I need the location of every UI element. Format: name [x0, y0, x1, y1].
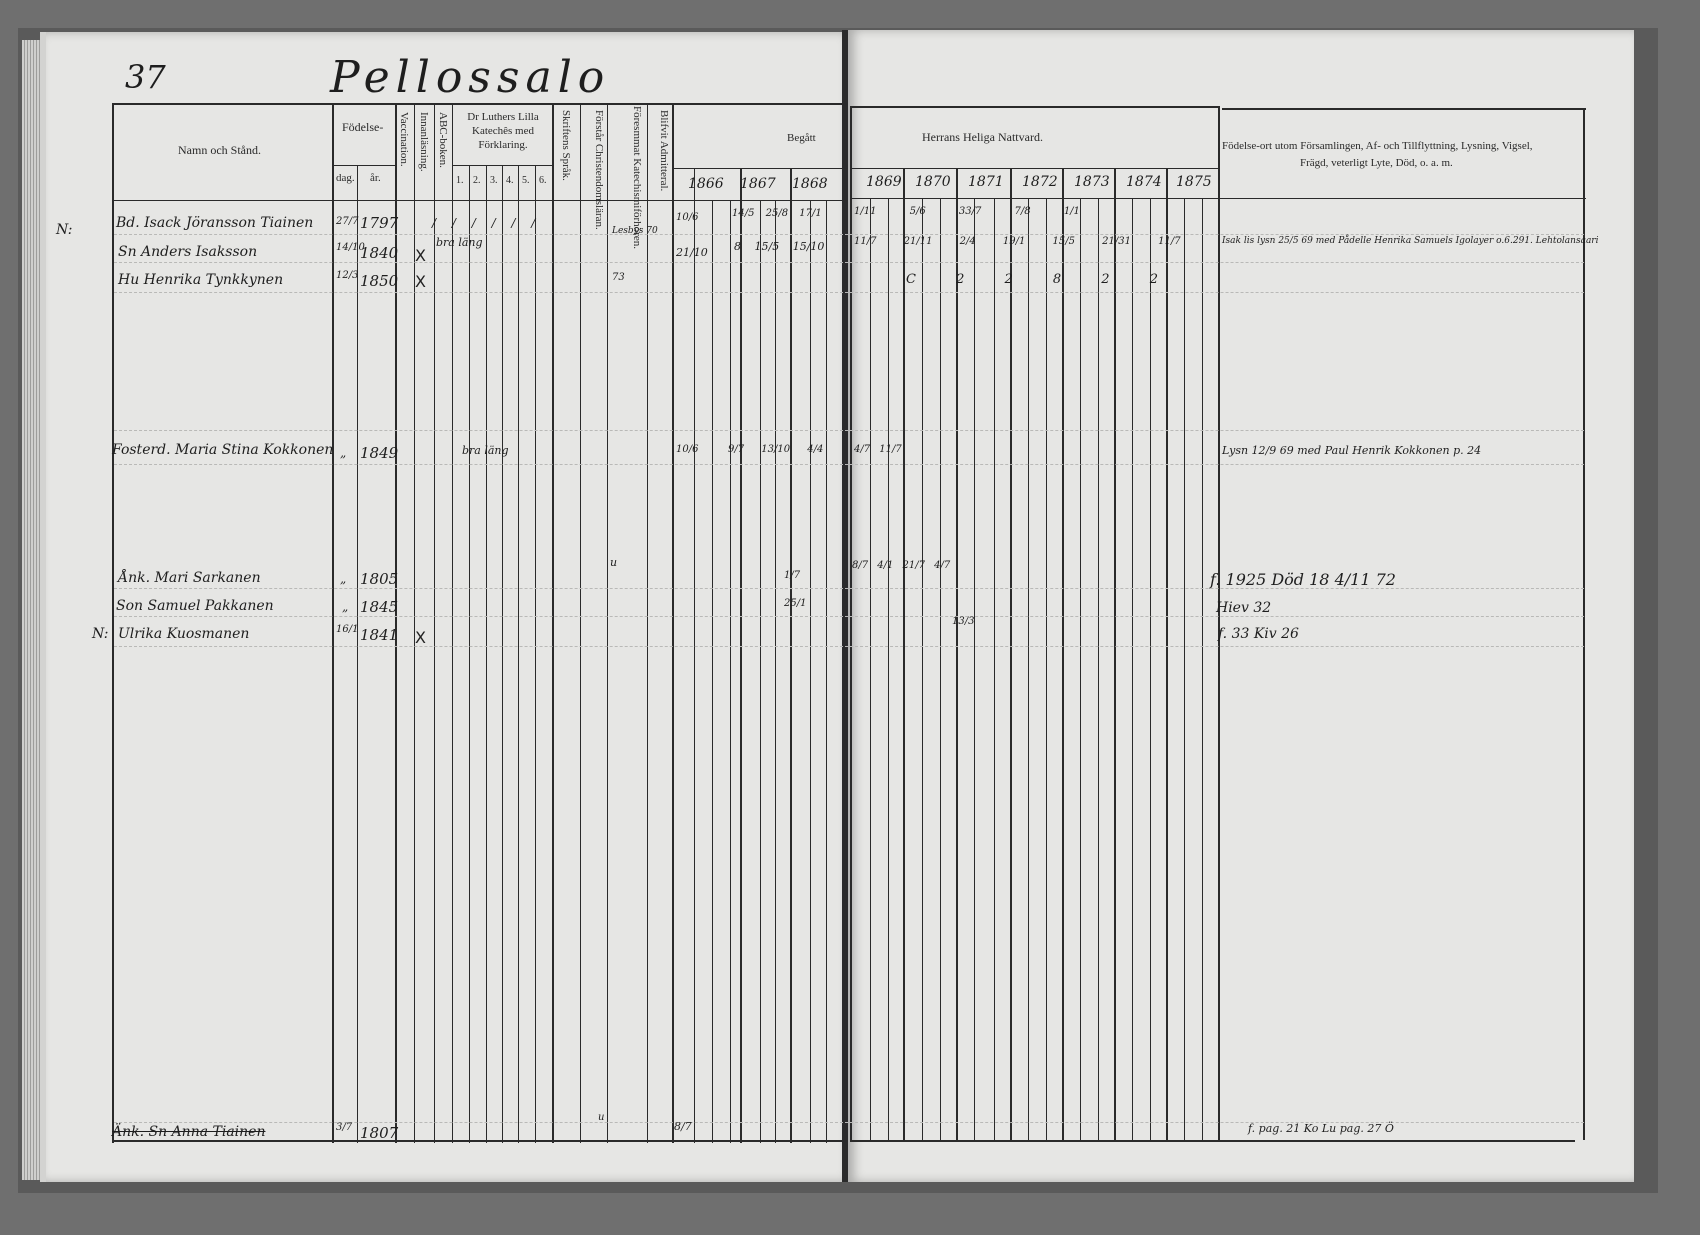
- header-birth-year: år.: [370, 172, 381, 184]
- row-admitted: 10/6: [676, 444, 698, 455]
- header-name-and-status: Namn och Stånd.: [178, 143, 261, 158]
- row-guide: [114, 262, 1584, 263]
- row-name: Ulrika Kuosmanen: [118, 626, 249, 642]
- row-birth-year: 1807: [360, 1124, 398, 1142]
- header-christian-doctrine: Förstår Christendomsläran.: [586, 110, 604, 198]
- row-margin-mark: N:: [92, 626, 108, 642]
- row-name: Ånk. Mari Sarkanen: [118, 570, 261, 586]
- catechism-part-2: 2.: [473, 175, 481, 186]
- header-birth: Födelse-: [342, 120, 383, 135]
- rule: [740, 168, 742, 1143]
- table-top-rule: [114, 103, 848, 105]
- row-note: f. pag. 21 Ko Lu pag. 27 Ö: [1248, 1122, 1394, 1135]
- rule: [452, 103, 453, 1143]
- header-vaccination: Vaccination.: [398, 112, 409, 192]
- row-communion-left: 1/7 25/1: [784, 562, 804, 618]
- rule: [903, 168, 905, 1140]
- rule: [1010, 168, 1012, 1140]
- rule: [607, 103, 608, 1143]
- rule: [870, 198, 871, 1140]
- row-name: Son Samuel Pakkanen: [116, 598, 274, 614]
- rule: [730, 200, 731, 1143]
- notes-top-rule: [1222, 108, 1586, 110]
- rule: [469, 165, 470, 1143]
- rule: [1046, 198, 1047, 1140]
- rule: [790, 168, 792, 1143]
- header-holy-communion: Herrans Heliga Nattvard.: [922, 130, 1043, 145]
- row-communion-right: 13/3: [952, 616, 974, 627]
- rule: [760, 200, 761, 1143]
- row-admitted: 8/7: [674, 1120, 692, 1133]
- rule: [974, 198, 975, 1140]
- rule: [453, 165, 553, 166]
- header-abc-book: ABC-boken.: [437, 112, 448, 192]
- rule: [112, 103, 114, 1143]
- catechism-part-1: 1.: [456, 175, 464, 186]
- row-guide: [114, 464, 1584, 465]
- row-admitted: 10/6: [676, 212, 698, 223]
- row-note: f. 1925 Död 18 4/11 72: [1210, 570, 1396, 589]
- rule: [333, 165, 395, 166]
- row-note: f. 33 Kiv 26: [1218, 626, 1299, 642]
- year-1874: 1874: [1126, 174, 1162, 190]
- rule: [850, 168, 1220, 169]
- row-birth-day: 16/1: [336, 624, 358, 635]
- rule: [712, 200, 713, 1143]
- catechism-part-4: 4.: [506, 175, 514, 186]
- rule: [434, 103, 435, 1143]
- header-scripture: Skriftens Språk.: [560, 110, 571, 198]
- rule: [673, 168, 848, 169]
- rule: [486, 165, 487, 1143]
- year-1869: 1869: [866, 174, 902, 190]
- row-note: Hiev 32: [1216, 600, 1271, 616]
- rule: [940, 198, 941, 1140]
- rule: [502, 165, 503, 1143]
- row-guide: [114, 292, 1584, 293]
- row-guide: [114, 646, 1584, 647]
- row-vaccination-mark: X: [415, 272, 426, 291]
- row-communion-left: 14/5 25/8 17/1: [732, 208, 822, 219]
- row-guide: [114, 430, 1584, 431]
- row-catechism-note: bra läng: [436, 236, 483, 249]
- page-number: 37: [125, 58, 166, 96]
- rule: [888, 198, 889, 1140]
- row-birth-day: „: [342, 600, 348, 614]
- year-1871: 1871: [968, 174, 1004, 190]
- row-birth-year: 1845: [360, 598, 398, 616]
- year-1870: 1870: [915, 174, 951, 190]
- year-1873: 1873: [1074, 174, 1110, 190]
- rule: [775, 200, 776, 1143]
- rule: [1132, 198, 1133, 1140]
- header-catechism: Dr Luthers Lilla Katechês med Förklaring…: [455, 110, 551, 152]
- year-1872: 1872: [1022, 174, 1058, 190]
- rule: [1184, 198, 1185, 1140]
- row-name: Änk. Sn Anna Tiainen: [112, 1124, 265, 1140]
- row-communion-right: 11/7 21/11 2/4 19/1 15/5 21/31 11/7: [854, 236, 1181, 247]
- row-birth-day: 27/7: [336, 216, 358, 227]
- rule: [535, 165, 536, 1143]
- year-1867: 1867: [740, 176, 776, 192]
- rule: [518, 165, 519, 1143]
- header-admitted: Blifvit Admitteral.: [651, 110, 669, 198]
- row-birth-year: 1841: [360, 626, 398, 644]
- page-edges: [22, 40, 40, 1180]
- rule: [1114, 168, 1116, 1140]
- rule: [647, 103, 648, 1143]
- row-communion-left: 9/7 13/10 4/4: [728, 444, 823, 455]
- header-notes-line-1: Födelse-ort utom Församlingen, Af- och T…: [1222, 140, 1533, 152]
- row-birth-year: 1840: [360, 244, 398, 262]
- rule: [1028, 198, 1029, 1140]
- year-1866: 1866: [688, 176, 724, 192]
- row-communion-right: 8/7 4/1 21/7 4/7: [852, 560, 950, 571]
- header-birth-day: dag.: [336, 172, 355, 184]
- row-guide: [114, 616, 1584, 617]
- rule: [672, 103, 674, 1143]
- rule: [826, 200, 827, 1143]
- row-catechism-note: bra läng: [462, 444, 509, 457]
- table-bottom-rule-right: [850, 1140, 1575, 1142]
- header-notes-line-2: Frägd, veterligt Lyte, Död, o. a. m.: [1300, 157, 1453, 169]
- row-birth-year: 1805: [360, 570, 398, 588]
- year-1868: 1868: [792, 176, 828, 192]
- rule: [1166, 168, 1168, 1140]
- row-birth-year: 1849: [360, 444, 398, 462]
- table-bottom-rule: [114, 1140, 848, 1142]
- header-bottom-rule: [114, 200, 848, 201]
- row-catechism-marks: / / / / / /: [432, 216, 541, 230]
- row-communion-left: 8 15/5 15/10: [734, 240, 824, 253]
- table-top-rule-right: [850, 106, 1220, 108]
- row-margin-mark: N:: [56, 222, 72, 238]
- row-vaccination-mark: X: [415, 246, 426, 265]
- header-communion-taken: Begått: [787, 132, 816, 144]
- row-vaccination-mark: X: [415, 628, 426, 647]
- row-birth-day: 12/3: [336, 270, 358, 281]
- row-communion-right: 1/11 5/6 33/7 7/8 1/1: [854, 206, 1080, 217]
- rule: [922, 198, 923, 1140]
- rule: [580, 103, 581, 1143]
- rule: [694, 168, 695, 1143]
- row-note: Isak lis lysn 25/5 69 med Pådelle Henrik…: [1222, 236, 1599, 246]
- rule: [1062, 168, 1064, 1140]
- row-birth-year: 1797: [360, 214, 398, 232]
- row-name: Sn Anders Isaksson: [118, 244, 257, 260]
- row-hearings: 73: [612, 272, 625, 283]
- row-hearings: u: [610, 556, 617, 569]
- row-hearings: u: [598, 1112, 604, 1123]
- rule: [1150, 198, 1151, 1140]
- row-birth-day: „: [340, 572, 346, 586]
- catechism-part-3: 3.: [490, 175, 498, 186]
- row-hearings: Lesbys 70: [612, 226, 658, 236]
- rule: [810, 200, 811, 1143]
- row-name: Bd. Isack Jöransson Tiainen: [116, 215, 313, 231]
- rule: [1080, 198, 1081, 1140]
- rule: [956, 168, 958, 1140]
- row-name: Hu Henrika Tynkkynen: [118, 272, 283, 288]
- rule: [994, 198, 995, 1140]
- rule: [1098, 198, 1099, 1140]
- row-birth-day: „: [340, 446, 346, 460]
- row-name: Fosterd. Maria Stina Kokkonen: [112, 442, 333, 458]
- catechism-part-5: 5.: [522, 175, 530, 186]
- row-communion-right: 4/7 11/7: [854, 444, 902, 455]
- row-guide: [114, 234, 1584, 235]
- rule: [332, 103, 334, 1143]
- catechism-part-6: 6.: [539, 175, 547, 186]
- rule: [1202, 198, 1203, 1140]
- row-birth-year: 1850: [360, 272, 398, 290]
- row-note: Lysn 12/9 69 med Paul Henrik Kokkonen p.…: [1222, 444, 1481, 457]
- rule: [357, 165, 358, 1143]
- village-name: Pellossalo: [330, 52, 610, 103]
- year-1875: 1875: [1176, 174, 1212, 190]
- row-communion-right: C 2 2 8 2 2: [906, 272, 1158, 287]
- row-admitted: 21/10: [676, 246, 708, 259]
- header-catechism-hearings: Föresmmat Katechismiförhören.: [612, 106, 642, 198]
- header-reading: Innanläsning.: [418, 112, 429, 192]
- rule: [552, 103, 554, 1143]
- row-birth-day: 3/7: [336, 1122, 352, 1133]
